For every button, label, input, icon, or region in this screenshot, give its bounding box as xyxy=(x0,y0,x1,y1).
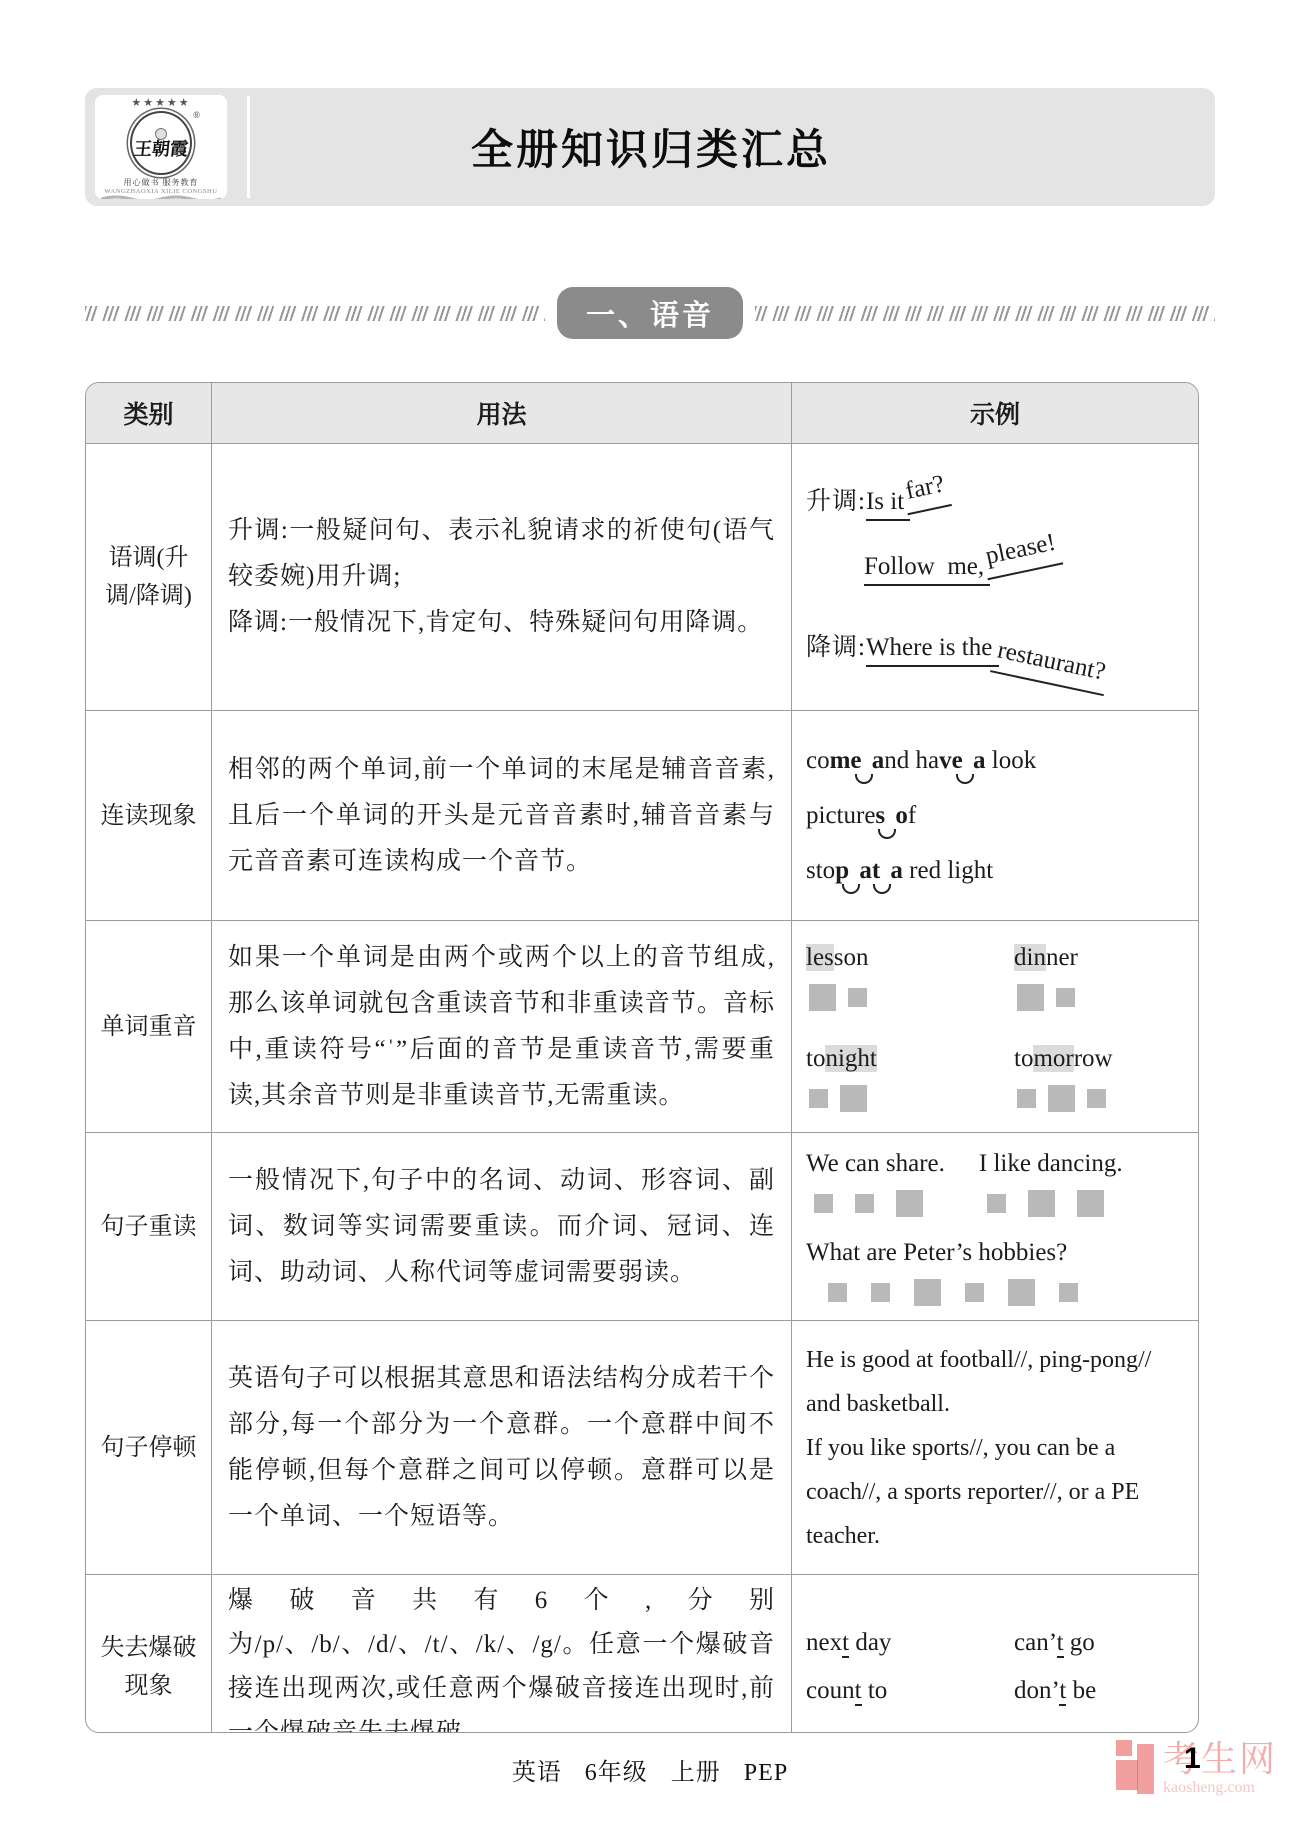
stressed-syllable: din xyxy=(1014,944,1046,971)
table-row: 失去爆破现象 爆破音共有6个,分别为/p/、/b/、/d/、/t/、/k/、/g… xyxy=(86,1574,1198,1732)
plosion-example: don’t be xyxy=(1014,1673,1190,1709)
usage-paragraph: 一般情况下,句子中的名词、动词、形容词、副词、数词等实词需要重读。而介词、冠词、… xyxy=(228,1158,775,1296)
usage-paragraph: 相邻的两个单词,前一个单词的末尾是辅音音素,且后一个单词的开头是元音音素时,辅音… xyxy=(228,747,775,885)
stress-squares xyxy=(809,984,1014,1012)
site-watermark: 考生网 kaosheng.com xyxy=(1116,1740,1296,1798)
table-header-row: 类别 用法 示例 xyxy=(86,383,1198,443)
stress-squares xyxy=(987,1190,1123,1218)
example-cell: 升调:Is it far? Follow me, please! 降调:Wher… xyxy=(791,444,1198,710)
stress-squares xyxy=(828,1279,1190,1307)
table-row: 单词重音 如果一个单词是由两个或两个以上的音节组成,那么该单词就包含重读音节和非… xyxy=(86,920,1198,1132)
category-cell: 语调(升调/降调) xyxy=(86,444,211,710)
stress-squares xyxy=(1017,1085,1190,1113)
category-cell: 单词重音 xyxy=(86,921,211,1132)
pause-example: If you like sports//, you can be a coach… xyxy=(806,1426,1190,1558)
registered-mark: ® xyxy=(193,110,200,120)
plosion-example: next day xyxy=(806,1625,1014,1661)
category-cell: 句子停顿 xyxy=(86,1321,211,1574)
col-header-usage: 用法 xyxy=(211,383,791,443)
sentence-stress-example: We can share. xyxy=(806,1147,945,1218)
brand-logo: ★★★★★ 王朝霞 ® 用心做书 服务教育 WANGZHAOXIA XILIE … xyxy=(95,95,227,199)
word-stress-example: tonight xyxy=(806,1042,1014,1113)
stress-squares xyxy=(1017,984,1190,1012)
example-cell: next day can’t go count to don’t be xyxy=(791,1575,1198,1733)
usage-cell: 相邻的两个单词,前一个单词的末尾是辅音音素,且后一个单词的开头是元音音素时,辅音… xyxy=(211,711,791,920)
example-cell: He is good at football//, ping-pong// an… xyxy=(791,1321,1198,1574)
intonation-example: 升调:Is it far? xyxy=(806,484,1190,525)
section-strip: 一、语音 xyxy=(85,286,1215,340)
usage-paragraph: 爆破音共有6个,分别为/p/、/b/、/d/、/t/、/k/、/g/。任意一个爆… xyxy=(228,1579,775,1733)
usage-cell: 爆破音共有6个,分别为/p/、/b/、/d/、/t/、/k/、/g/。任意一个爆… xyxy=(211,1575,791,1733)
plosion-example: can’t go xyxy=(1014,1625,1190,1661)
watermark-url: kaosheng.com xyxy=(1163,1779,1277,1797)
stress-squares xyxy=(809,1085,1014,1113)
intonation-example: Follow me, please! xyxy=(864,549,1190,590)
section-title: 一、语音 xyxy=(586,293,714,334)
word-stress-example: lesson xyxy=(806,941,1014,1012)
usage-cell: 一般情况下,句子中的名词、动词、形容词、副词、数词等实词需要重读。而介词、冠词、… xyxy=(211,1133,791,1320)
page-header: ★★★★★ 王朝霞 ® 用心做书 服务教育 WANGZHAOXIA XILIE … xyxy=(85,88,1215,206)
table-row: 句子重读 一般情况下,句子中的名词、动词、形容词、副词、数词等实词需要重读。而介… xyxy=(86,1132,1198,1320)
usage-paragraph: 降调:一般情况下,肯定句、特殊疑问句用降调。 xyxy=(228,600,775,646)
logo-oval-icon: 王朝霞 ® xyxy=(130,111,192,175)
word-stress-example: tomorrow xyxy=(1014,1042,1190,1113)
phonetics-table: 类别 用法 示例 语调(升调/降调) 升调:一般疑问句、表示礼貌请求的祈使句(语… xyxy=(85,382,1199,1733)
logo-slogan: 用心做书 服务教育 xyxy=(95,177,227,188)
stressed-syllable: les xyxy=(806,944,834,971)
sentence-stress-example: I like dancing. xyxy=(979,1147,1123,1218)
usage-paragraph: 如果一个单词是由两个或两个以上的音节组成,那么该单词就包含重读音节和非重读音节。… xyxy=(228,935,775,1119)
category-cell: 句子重读 xyxy=(86,1133,211,1320)
liaison-example: pictures of xyxy=(806,788,1190,843)
example-cell: come and have a look pictures of stop at… xyxy=(791,711,1198,920)
watermark-name: 考生网 xyxy=(1163,1740,1277,1778)
page-number: 1 xyxy=(1184,1742,1201,1776)
category-cell: 连读现象 xyxy=(86,711,211,920)
table-row: 句子停顿 英语句子可以根据其意思和语法结构分成若干个部分,每一个部分为一个意群。… xyxy=(86,1320,1198,1574)
logo-arc-text: WANGZHAOXIA XILIE CONGSHU xyxy=(95,188,227,195)
hatch-decoration-left xyxy=(85,306,545,321)
usage-cell: 英语句子可以根据其意思和语法结构分成若干个部分,每一个部分为一个意群。一个意群中… xyxy=(211,1321,791,1574)
stressed-syllable: night xyxy=(825,1045,876,1072)
category-cell: 失去爆破现象 xyxy=(86,1575,211,1733)
usage-paragraph: 升调:一般疑问句、表示礼貌请求的祈使句(语气较委婉)用升调; xyxy=(228,508,775,600)
intonation-example: 降调:Where is the restaurant? xyxy=(806,630,1190,671)
word-stress-example: dinner xyxy=(1014,941,1190,1012)
col-header-example: 示例 xyxy=(791,383,1198,443)
example-cell: lesson dinner tonight tomorrow xyxy=(791,921,1198,1132)
page-title: 全册知识归类汇总 xyxy=(247,88,1215,206)
logo-waves-icon xyxy=(101,195,221,199)
liaison-example: stop at a red light xyxy=(806,843,1190,898)
example-cell: We can share. I like dancing. What are P… xyxy=(791,1133,1198,1320)
logo-stars-icon: ★★★★★ xyxy=(95,97,227,110)
book-page: ★★★★★ 王朝霞 ® 用心做书 服务教育 WANGZHAOXIA XILIE … xyxy=(0,0,1300,1824)
plosion-example: count to xyxy=(806,1673,1014,1709)
usage-cell: 如果一个单词是由两个或两个以上的音节组成,那么该单词就包含重读音节和非重读音节。… xyxy=(211,921,791,1132)
kaosheng-logo-icon xyxy=(1116,1740,1156,1798)
book-info: 英语 6年级 上册 PEP xyxy=(0,1752,1300,1787)
col-header-category: 类别 xyxy=(86,383,211,443)
pause-example: He is good at football//, ping-pong// an… xyxy=(806,1338,1190,1426)
usage-paragraph: 英语句子可以根据其意思和语法结构分成若干个部分,每一个部分为一个意群。一个意群中… xyxy=(228,1356,775,1540)
table-row: 连读现象 相邻的两个单词,前一个单词的末尾是辅音音素,且后一个单词的开头是元音音… xyxy=(86,710,1198,920)
sentence-stress-example: What are Peter’s hobbies? xyxy=(806,1236,1190,1307)
hatch-decoration-right xyxy=(755,306,1215,321)
usage-cell: 升调:一般疑问句、表示礼貌请求的祈使句(语气较委婉)用升调; 降调:一般情况下,… xyxy=(211,444,791,710)
section-pill: 一、语音 xyxy=(557,287,743,339)
stressed-syllable: mor xyxy=(1033,1045,1073,1072)
liaison-example: come and have a look xyxy=(806,733,1190,788)
table-row: 语调(升调/降调) 升调:一般疑问句、表示礼貌请求的祈使句(语气较委婉)用升调;… xyxy=(86,443,1198,710)
logo-portrait-icon xyxy=(155,128,167,140)
stress-squares xyxy=(814,1190,945,1218)
logo-brand-text: 王朝霞 xyxy=(133,140,189,159)
